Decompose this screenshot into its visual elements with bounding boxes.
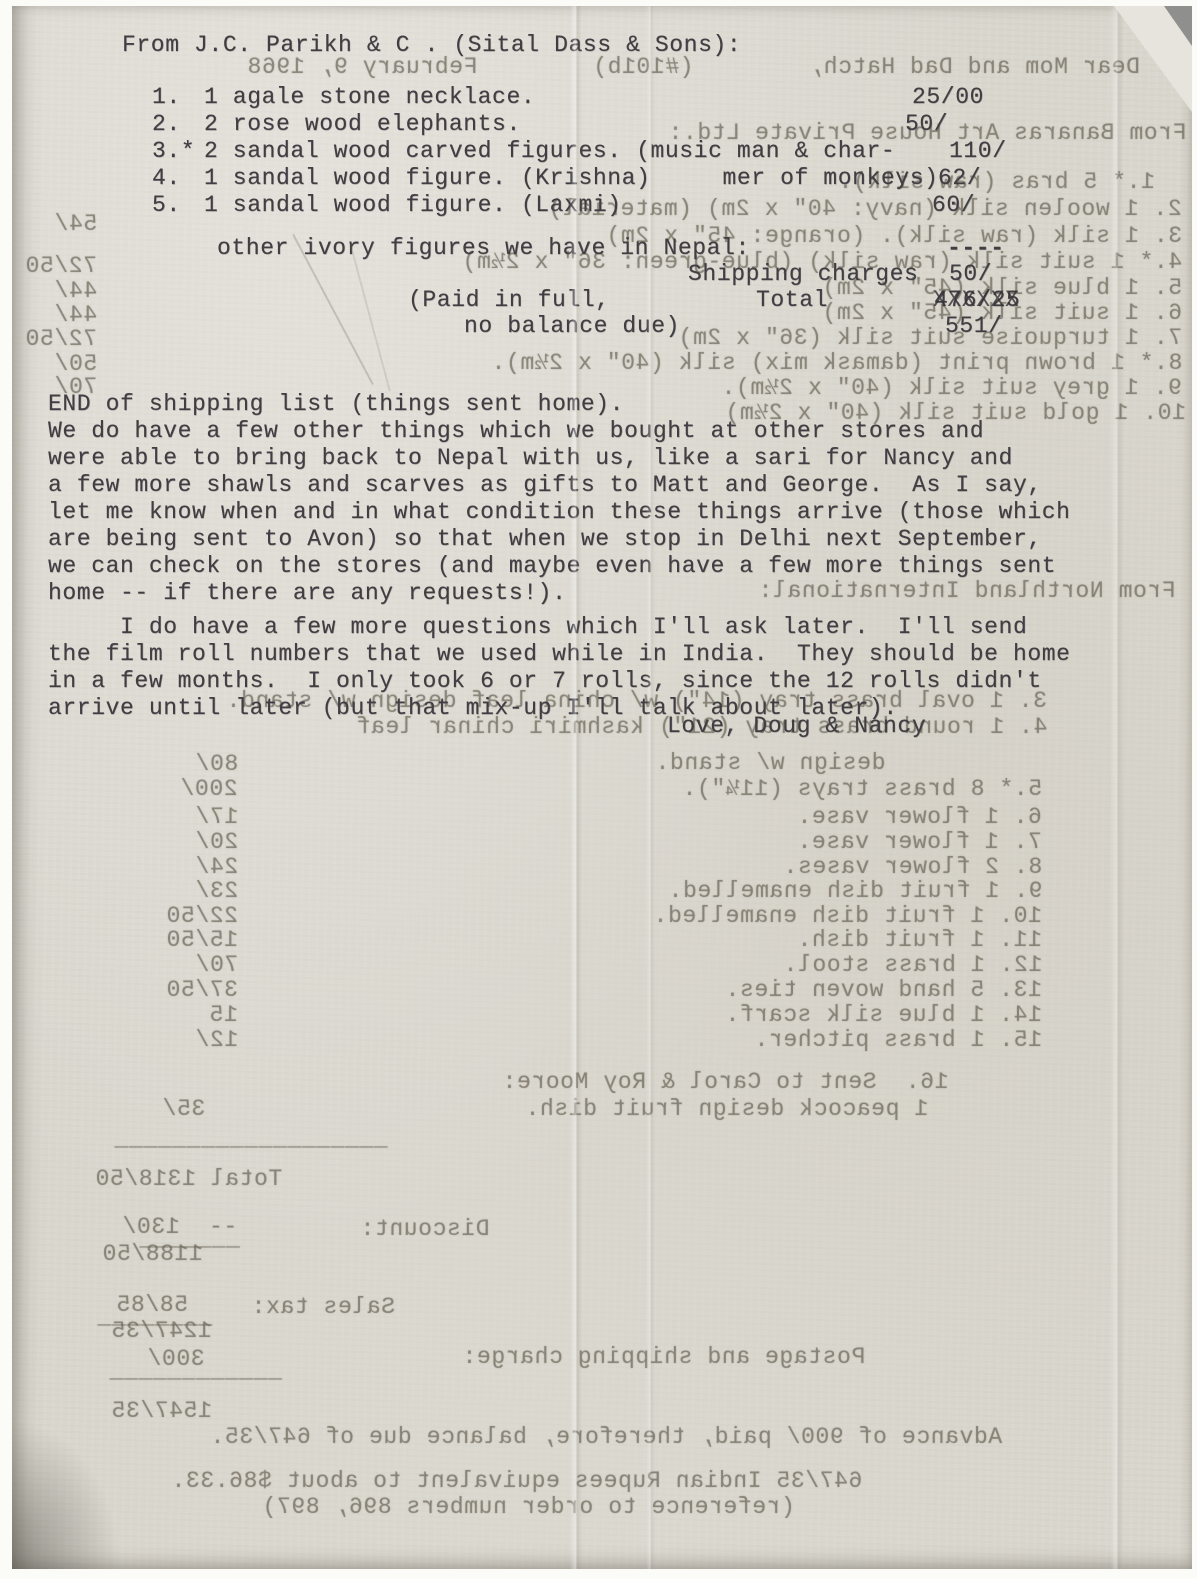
item-5-number: 5.	[152, 192, 181, 219]
paid-note-line-1: (Paid in full,	[408, 287, 610, 314]
bleed-silk-item-2: 2. 1 woolen silk (navy: 40" x 2m) (mater…	[548, 196, 1182, 223]
paid-note-line-2: no balance due)	[464, 313, 680, 340]
corner-smudge	[12, 1419, 122, 1569]
bleed-peacock-price: 35/	[162, 1096, 205, 1123]
bleed-subtotal-3: 1547/35	[111, 1398, 212, 1425]
item-3-price: 110/	[949, 138, 1007, 165]
bleed-brass-price-8: 15/50	[166, 927, 238, 954]
ivory-dashes: ----	[947, 235, 1005, 262]
bleed-brass-item-13: 13. 5 hand woven ties.	[725, 977, 1042, 1004]
bleed-brass-item-14: 14. 1 blue silk scarf.	[725, 1002, 1042, 1029]
item-2-number: 2.	[152, 111, 181, 138]
bleed-brass-item-11: 11. 1 fruit dish.	[797, 927, 1042, 954]
bleed-brass-price-11: 15	[209, 1002, 238, 1029]
total-strike-overlay: XXXXXX	[933, 287, 1019, 313]
item-1-desc: 1 agale stone necklace.	[204, 84, 535, 111]
item-1-price: 25/00	[912, 84, 984, 111]
item-5-desc: 1 sandal wood figure. (Laxmi)	[204, 192, 622, 219]
bleed-brass-item-6: 6. 1 flower vase.	[797, 804, 1042, 831]
bleed-subtotal-2: 1247/35	[111, 1318, 212, 1345]
bleed-reference-line: (reference to order numbers 896, 897)	[262, 1494, 795, 1521]
bleed-rule-1: ___________________	[114, 1126, 388, 1153]
item-1-number: 1.	[152, 84, 181, 111]
item-4-number: 4.	[152, 165, 181, 192]
item-4-desc: 1 sandal wood figure. (Krishna) mer of m…	[204, 165, 939, 192]
bleed-brass-item-4b: design w/ stand.	[655, 750, 885, 777]
bleed-brass-price-9: 70/	[195, 952, 238, 979]
item-3-number: 3.*	[152, 138, 195, 165]
bleed-brass-item-12: 12. 1 brass stool.	[783, 952, 1042, 979]
bleed-silk-price-1: 54/	[54, 211, 97, 238]
total-final-value: 551/	[945, 313, 1003, 340]
shipping-price: 50/	[949, 261, 992, 288]
bleed-discount-label: Discount:	[360, 1216, 490, 1243]
bleed-rupees-line: 647/35 Indian Rupees equivalent to about…	[171, 1468, 862, 1495]
bleed-sent-line: 16. Sent to Carol & Roy Moore:	[502, 1069, 948, 1096]
bleed-brass-item-9: 9. 1 fruit dish enamelled.	[668, 878, 1042, 905]
bleed-postage-label: Postage and shipping charge:	[462, 1344, 865, 1371]
bleed-brass-item-7: 7. 1 flower vase.	[797, 829, 1042, 856]
paper-sheet: Dear Mom and Dad Hatch, (#101b) February…	[12, 6, 1192, 1569]
bleed-silk-price-3: 44/	[54, 278, 97, 305]
scanned-letter: Dear Mom and Dad Hatch, (#101b) February…	[0, 0, 1197, 1579]
bleed-brass-price-3: 17/	[195, 804, 238, 831]
bleed-total-line: Total 1318/50	[95, 1166, 282, 1193]
paper-scratch-2	[350, 246, 391, 391]
bleed-brass-price-5: 24/	[195, 854, 238, 881]
shipping-label: Shipping charges	[688, 261, 918, 288]
closing-signature: Love, Doug & Nancy	[667, 713, 926, 740]
bleed-peacock-line: 1 peacock design fruit dish.	[525, 1096, 928, 1123]
bleed-silk-price-4: 44/	[54, 302, 97, 329]
bleed-rule-4: ____________	[109, 1358, 282, 1385]
bleed-advance-line: Advance of 900/ paid, therefore, balance…	[210, 1424, 1002, 1451]
bleed-brass-price-6: 23/	[195, 878, 238, 905]
bleed-silk-item-8: 8.* 1 brown print (damask mix) silk (40"…	[491, 350, 1182, 377]
item-5-price: 60/	[932, 192, 975, 219]
bleed-brass-price-1: 80/	[195, 751, 238, 778]
bleed-brass-price-7: 22/50	[166, 903, 238, 930]
bleed-silk-price-5: 72/50	[25, 326, 97, 353]
bleed-brass-price-2: 200/	[180, 776, 238, 803]
bleed-silk-item-7: 7. 1 turquoise suit silk (36" x 2m)	[678, 325, 1182, 352]
bleed-salestax-label: Sales tax:	[251, 1294, 395, 1321]
letter-heading: From J.C. Parikh & C . (Sital Dass & Son…	[122, 32, 741, 59]
body-paragraph-2: I do have a few more questions which I'l…	[48, 614, 1071, 722]
item-2-price: 50/	[905, 111, 948, 138]
bleed-subtotal-1: 1188/50	[102, 1241, 203, 1268]
corner-cut-notch	[1164, 6, 1192, 46]
total-label: Total	[756, 287, 828, 314]
item-2-desc: 2 rose wood elephants.	[204, 111, 521, 138]
bleed-brass-price-4: 20/	[195, 829, 238, 856]
bleed-silk-price-2: 72/50	[25, 253, 97, 280]
bleed-brass-price-10: 37/50	[166, 977, 238, 1004]
body-paragraph-1: END of shipping list (things sent home).…	[48, 391, 1071, 607]
bleed-brass-price-12: 12/	[195, 1027, 238, 1054]
item-4-price: 62/	[938, 165, 981, 192]
bleed-brass-item-5: 5.* 8 brass trays (11¼").	[682, 776, 1042, 803]
bleed-brass-item-15: 15. 1 brass pitcher.	[754, 1027, 1042, 1054]
item-3-desc: 2 sandal wood carved figures. (music man…	[204, 138, 895, 165]
bleed-brass-item-8: 8. 2 flower vases.	[783, 854, 1042, 881]
bleed-brass-item-10: 10. 1 fruit dish enamelled.	[653, 903, 1042, 930]
